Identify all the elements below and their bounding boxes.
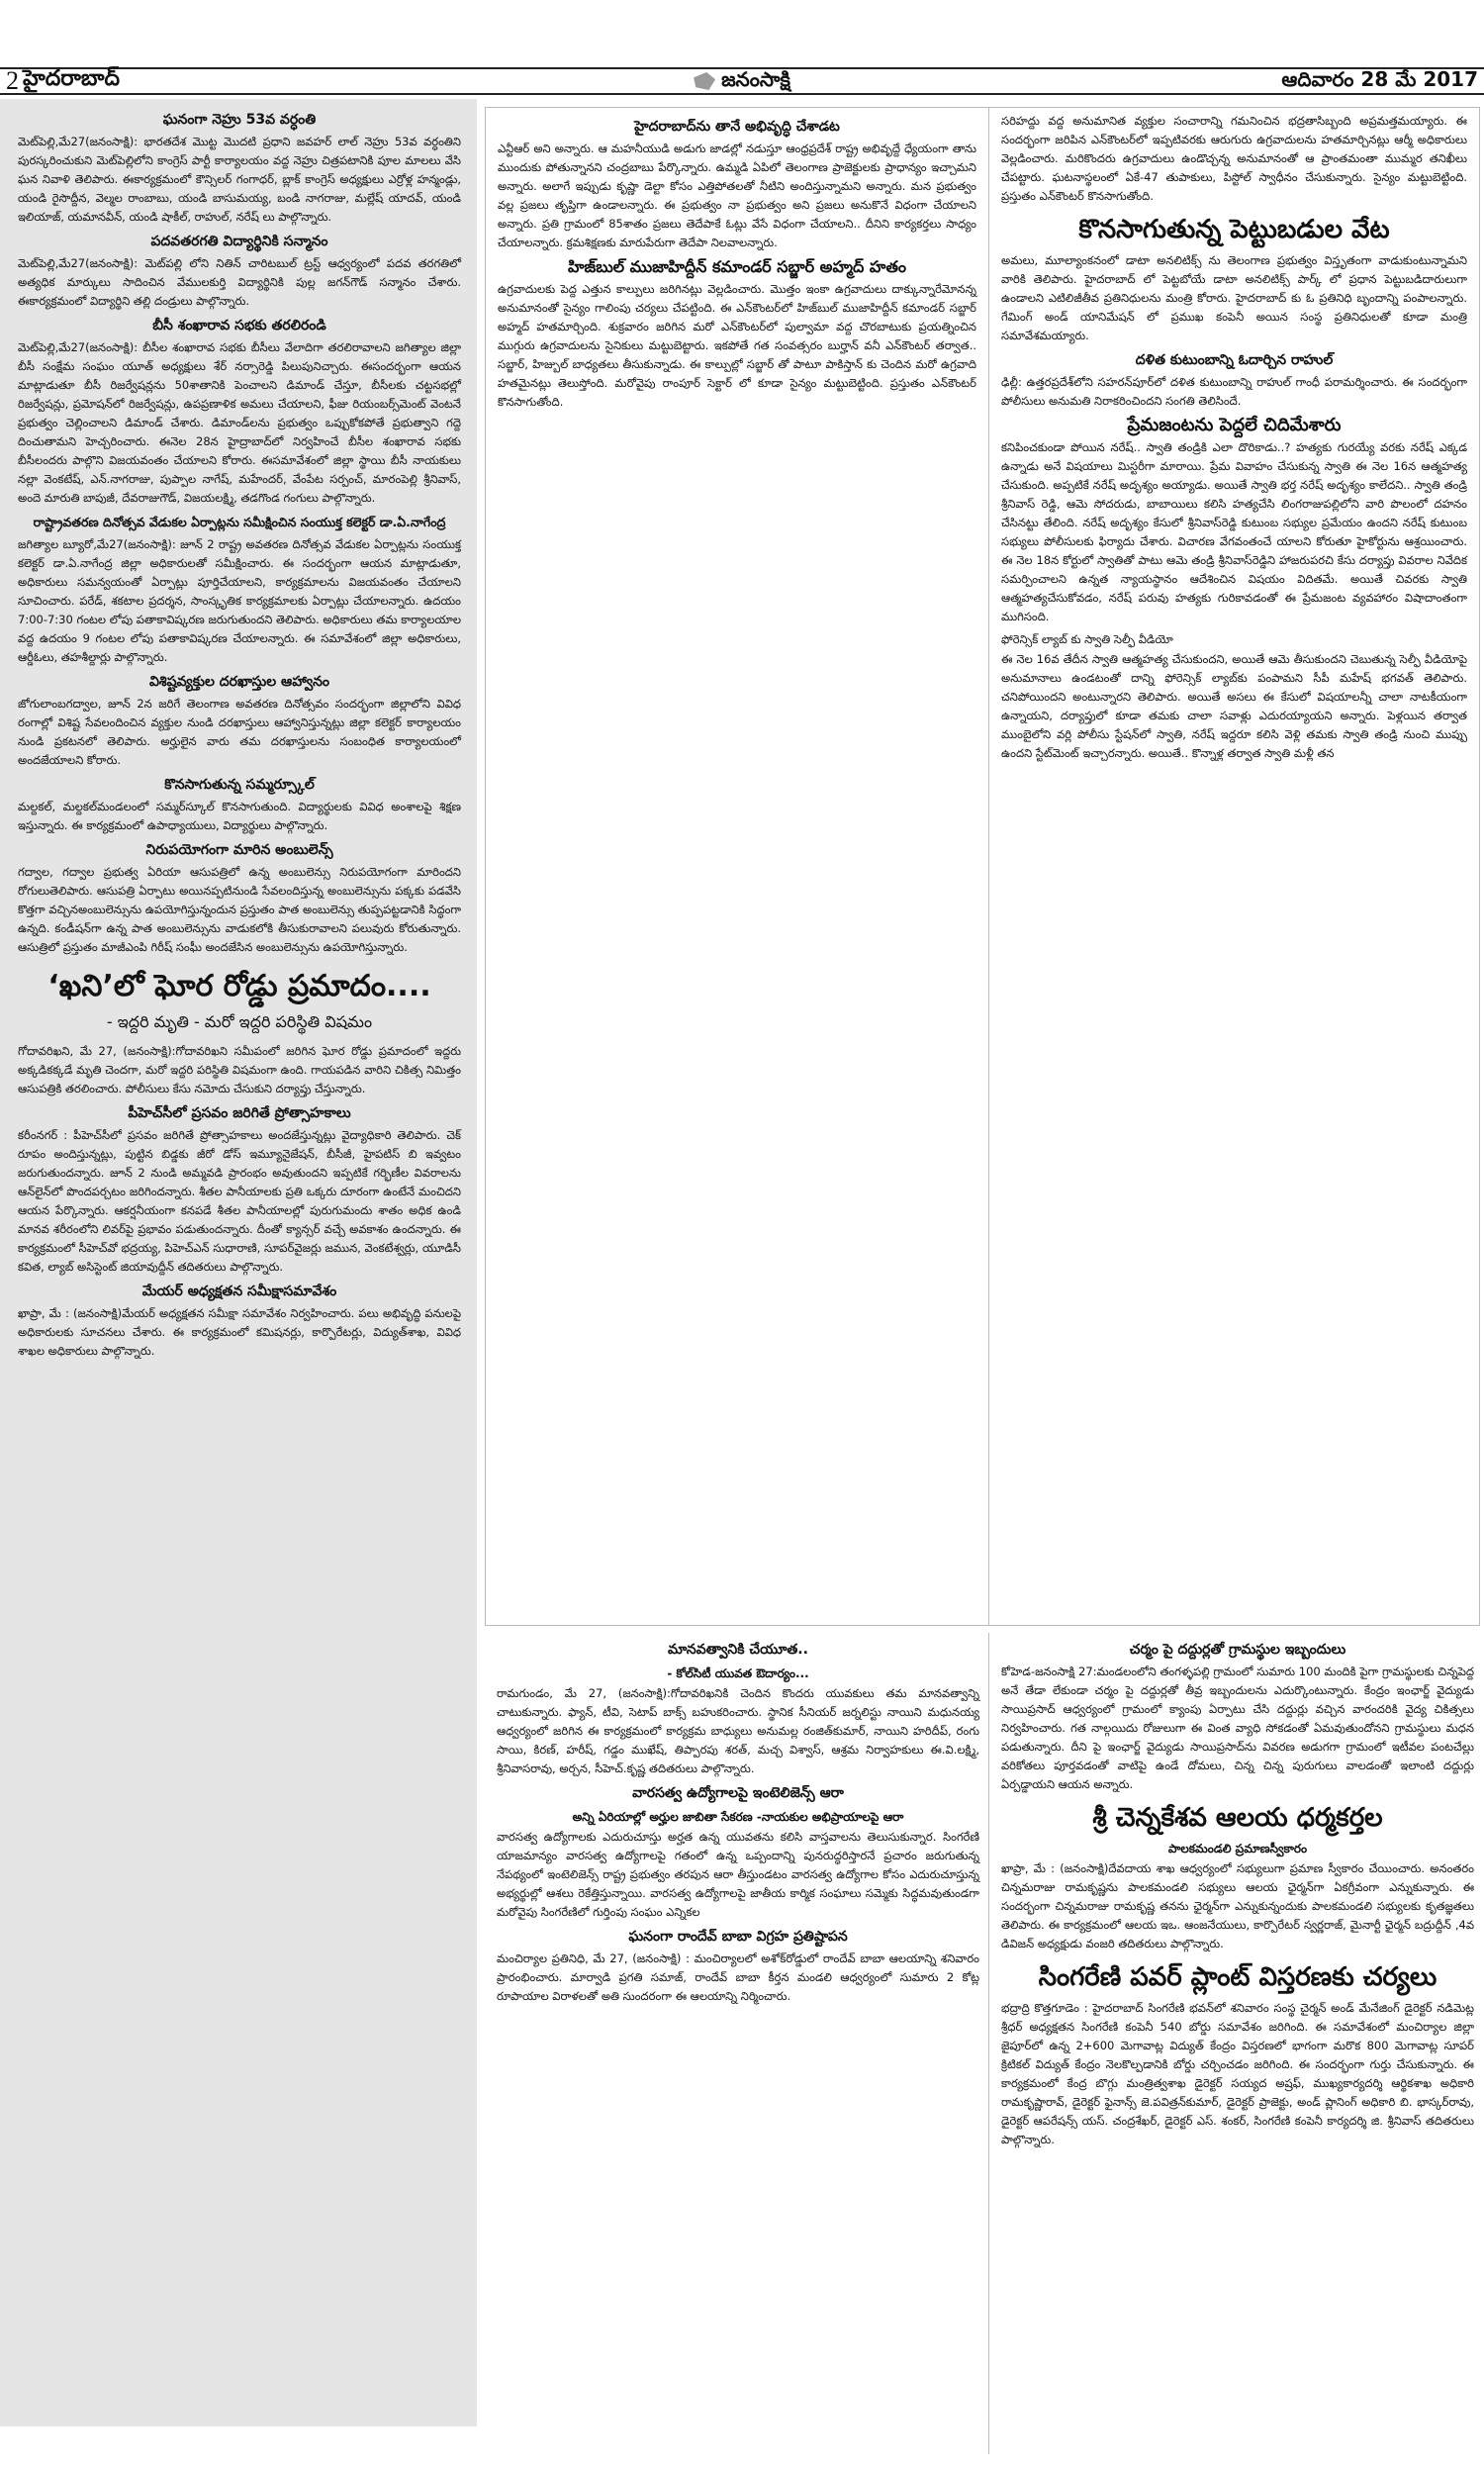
page-section: 2 హైదరాబాద్: [6, 66, 120, 96]
top-box-right: సరిహద్దు వద్ద అనుమానిత వ్యక్తుల సంచారాన్…: [989, 107, 1480, 1626]
article-subsection-title: ఫోరెన్సిక్ ల్యాబ్ కు స్వాతి సెల్ఫీ వీడియ…: [1001, 628, 1467, 650]
article-headline: నిరుపయోగంగా మారిన అంబులెన్స్: [18, 839, 461, 861]
article-headline: చర్మం పై దద్దుర్లతో గ్రామస్థుల ఇబ్బందులు: [1001, 1639, 1474, 1661]
article-body: మెట్‌పెల్లి,మే27(జనంసాక్షి): భారతదేశ మొట…: [18, 133, 461, 227]
article-body: భద్రాద్రి కొత్తగూడెం : హైదరాబాద్ సింగరేణ…: [1001, 1999, 1474, 2149]
article-headline: ఘనంగా నెహ్రు 53వ వర్ధంతి: [18, 109, 461, 131]
article-headline: బీసీ శంఖారావ సభకు తరలిరండి: [18, 315, 461, 336]
article-body: ఎన్టీఆర్ అని అన్నారు. ఆ మహనీయుడి అడుగు జ…: [498, 140, 976, 252]
article-headline: వారసత్వ ఉద్యోగాలపై ఇంటెలిజెన్స్ ఆరా: [497, 1782, 979, 1804]
article-body: జగిత్యాల బ్యూరో,మే27(జనంసాక్షి): జూన్ 2 …: [18, 535, 461, 667]
article-headline: కొనసాగుతున్న సమ్మర్స్కూల్: [18, 774, 461, 796]
article-body: రామగుండం, మే 27, (జనంసాక్షి):గోదావరిఖనిక…: [497, 1684, 979, 1778]
article: నిరుపయోగంగా మారిన అంబులెన్స్ గద్వాల, గద్…: [18, 839, 461, 957]
article: సరిహద్దు వద్ద అనుమానిత వ్యక్తుల సంచారాన్…: [1001, 112, 1467, 206]
article: కొనసాగుతున్న పెట్టుబడుల వేట అమలు, మూల్యా…: [1001, 212, 1467, 345]
article: ‘ఖని’లో ఘోర రోడ్డు ప్రమాదం.... - ఇద్దరి …: [18, 967, 461, 1098]
article-body: కరీంనగర్ : పీహెచ్‌సీలో ప్రసవం జరిగితే ప్…: [18, 1126, 461, 1277]
article-body: మెట్‌పెల్లి,మే27(జనంసాక్షి): మెట్‌పల్లి …: [18, 254, 461, 311]
article: ఘనంగా నెహ్రు 53వ వర్ధంతి మెట్‌పెల్లి,మే2…: [18, 109, 461, 227]
article-body: ఉగ్రవాదులకు పెద్ద ఎత్తున కాల్పులు జరిగిన…: [498, 280, 976, 412]
article-body: కనిపించకుండా పోయిన నరేష్.. స్వాతి తండ్రి…: [1001, 438, 1467, 626]
article-body: అమలు, మూల్యాంకనంలో డాటా అనలిటిక్స్ ను తె…: [1001, 251, 1467, 345]
brand-name: జనంసాక్షి: [721, 67, 790, 96]
masthead: 2 హైదరాబాద్ జనంసాక్షి ఆదివారం 28 మే 2017: [0, 67, 1484, 95]
article-body: ఖాప్రా, మే : (జనంసాక్షి)మేయర్ అధ్యక్షతన …: [18, 1304, 461, 1361]
article-subheadline: - ఇద్దరి మృతి - మరో ఇద్దరి పరిస్థితి విష…: [18, 1010, 461, 1034]
article-headline: హైదరాబాద్‌ను తానే అభివృద్ధి చేశాడట: [498, 116, 976, 138]
article: ప్రేమజంటను పెద్దలే చిదిమేశారు కనిపించకుం…: [1001, 415, 1467, 763]
lower-middle-column: మానవత్వానికి చేయూత.. - కోల్‌సిటీ యువత ఔద…: [491, 1633, 985, 2464]
article-headline: శ్రీ చెన్నకేశవ ఆలయ ధర్మకర్తల: [1001, 1800, 1474, 1836]
article: ఘనంగా రాందేవ్ బాబా విగ్రహ ప్రతిష్టాపన మం…: [497, 1926, 979, 2006]
article-subsection-body: ఈ నెల 16వ తేదీన స్వాతి ఆత్మహత్య చేసుకుంద…: [1001, 650, 1467, 763]
issue-date: ఆదివారం 28 మే 2017: [1281, 67, 1478, 96]
article-headline: కొనసాగుతున్న పెట్టుబడుల వేట: [1001, 212, 1467, 247]
brand: జనంసాక్షి: [694, 67, 790, 96]
article-body: ఖాప్రా, మే : (జనంసాక్షి)దేవదాయ శాఖ ఆధ్వర…: [1001, 1859, 1474, 1953]
article: హిజ్‌బుల్ ముజాహిద్దీన్ కమాండర్ సబ్జార్ అ…: [498, 256, 976, 412]
brand-logo-icon: [694, 72, 715, 90]
article: శ్రీ చెన్నకేశవ ఆలయ ధర్మకర్తల పాలకమండలి ప…: [1001, 1800, 1474, 1953]
article-body: ఢిల్లీ: ఉత్తరప్రదేశ్‌లోని సహరన్‌పూర్‌లో …: [1001, 373, 1467, 411]
article-headline: విశిష్టవ్యక్తుల దరఖాస్తుల ఆహ్వానం: [18, 671, 461, 693]
article-headline: మానవత్వానికి చేయూత..: [497, 1639, 979, 1661]
article-headline: ఘనంగా రాందేవ్ బాబా విగ్రహ ప్రతిష్టాపన: [497, 1926, 979, 1948]
article: పదవతరగతి విద్యార్థినికి సన్మానం మెట్‌పెల…: [18, 231, 461, 311]
lower-right-column: చర్మం పై దద్దుర్లతో గ్రామస్థుల ఇబ్బందులు…: [995, 1633, 1480, 2464]
article-body: కోహెడ-జనంసాక్షి 27:మండలంలోని తంగళ్ళపల్లి…: [1001, 1663, 1474, 1794]
article: హైదరాబాద్‌ను తానే అభివృద్ధి చేశాడట ఎన్టీ…: [498, 116, 976, 252]
article: దళిత కుటుంబాన్ని ఓదార్చిన రాహుల్ ఢిల్లీ:…: [1001, 349, 1467, 411]
article-body: వారసత్వ ఉద్యోగాలకు ఎదురుచూస్తు అర్హత ఉన్…: [497, 1828, 979, 1922]
article: విశిష్టవ్యక్తుల దరఖాస్తుల ఆహ్వానం జోగులా…: [18, 671, 461, 770]
top-box-middle: హైదరాబాద్‌ను తానే అభివృద్ధి చేశాడట ఎన్టీ…: [485, 107, 989, 1626]
article-headline: ప్రేమజంటను పెద్దలే చిదిమేశారు: [1001, 415, 1467, 436]
article: మేయర్ అధ్యక్షతన సమీక్షాసమావేశం ఖాప్రా, మ…: [18, 1281, 461, 1361]
article: రాష్ట్రావతరణ దినోత్సవ వేడుకల ఏర్పాట్లను …: [18, 512, 461, 667]
article: మానవత్వానికి చేయూత.. - కోల్‌సిటీ యువత ఔద…: [497, 1639, 979, 1778]
article: పీహెచ్‌సీలో ప్రసవం జరిగితే ప్రోత్సాహకాలు…: [18, 1102, 461, 1277]
article-subheadline: పాలకమండలి ప్రమాణస్వీకారం: [1001, 1840, 1474, 1857]
section-name: హైదరాబాద్: [23, 66, 120, 96]
article-body: సరిహద్దు వద్ద అనుమానిత వ్యక్తుల సంచారాన్…: [1001, 112, 1467, 206]
article-headline: రాష్ట్రావతరణ దినోత్సవ వేడుకల ఏర్పాట్లను …: [18, 512, 461, 533]
article-body: గద్వాల, గద్వాల ప్రభుత్వ ఏరియా ఆసుపత్రిలో…: [18, 863, 461, 957]
article: కొనసాగుతున్న సమ్మర్స్కూల్ మల్దకల్, మల్దక…: [18, 774, 461, 835]
article-body: మంచిర్యాల ప్రతినిధి, మే 27, (జనంసాక్షి) …: [497, 1950, 979, 2006]
article-headline: పీహెచ్‌సీలో ప్రసవం జరిగితే ప్రోత్సాహకాలు: [18, 1102, 461, 1124]
article-body: మెట్‌పెల్లి,మే27(జనంసాక్షి): బీసీల శంఖార…: [18, 338, 461, 508]
article: బీసీ శంఖారావ సభకు తరలిరండి మెట్‌పెల్లి,మ…: [18, 315, 461, 508]
article-headline: సింగరేణి పవర్ ప్లాంట్ విస్తరణకు చర్యలు: [1001, 1959, 1474, 1995]
article: సింగరేణి పవర్ ప్లాంట్ విస్తరణకు చర్యలు భ…: [1001, 1959, 1474, 2149]
article-headline: మేయర్ అధ్యక్షతన సమీక్షాసమావేశం: [18, 1281, 461, 1302]
article: వారసత్వ ఉద్యోగాలపై ఇంటెలిజెన్స్ ఆరా అన్న…: [497, 1782, 979, 1922]
left-column: ఘనంగా నెహ్రు 53వ వర్ధంతి మెట్‌పెల్లి,మే2…: [0, 99, 477, 2426]
article: చర్మం పై దద్దుర్లతో గ్రామస్థుల ఇబ్బందులు…: [1001, 1639, 1474, 1794]
article-body: మల్దకల్, మల్దకల్‌మండలంలో సమ్మర్‌స్కూల్ క…: [18, 798, 461, 835]
article-subheadline: అన్ని ఏరియాల్లో అర్హుల జాబితా సేకరణ -నాయ…: [497, 1808, 979, 1826]
column-divider: [988, 1633, 989, 2454]
article-headline: హిజ్‌బుల్ ముజాహిద్దీన్ కమాండర్ సబ్జార్ అ…: [498, 256, 976, 278]
article-subheadline: - కోల్‌సిటీ యువత ఔదార్యం...: [497, 1665, 979, 1682]
article-headline: దళిత కుటుంబాన్ని ఓదార్చిన రాహుల్: [1001, 349, 1467, 371]
article-body: జోగులాంబగద్వాల, జూన్ 2న జరిగే తెలంగాణ అవ…: [18, 695, 461, 770]
article-headline: పదవతరగతి విద్యార్థినికి సన్మానం: [18, 231, 461, 252]
article-body: గోదావరిఖని, మే 27, (జనంసాక్షి):గోదావరిఖన…: [18, 1042, 461, 1098]
article-headline: ‘ఖని’లో ఘోర రోడ్డు ప్రమాదం....: [18, 967, 461, 1006]
page-number: 2: [6, 69, 19, 93]
